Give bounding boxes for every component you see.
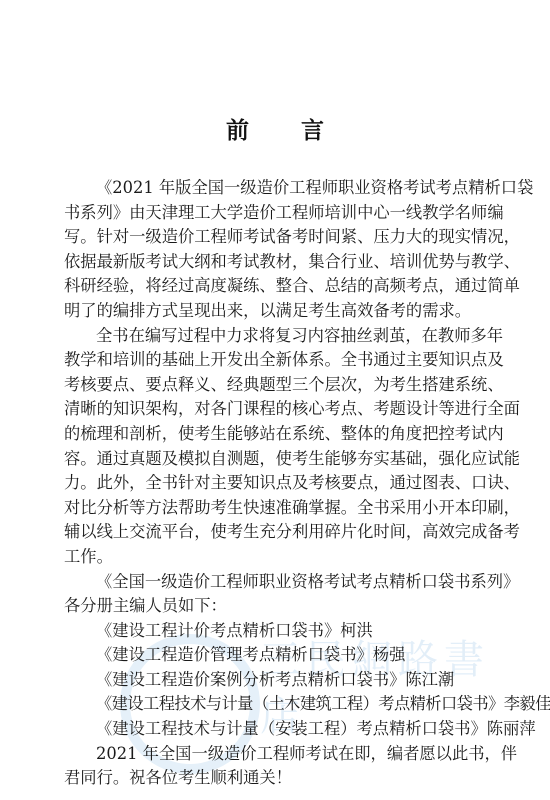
book-title: 《建设工程造价案例分析考点精析口袋书》 <box>96 670 405 689</box>
editor-name: 杨强 <box>373 645 406 664</box>
text-line: 教学和培训的基础上开发出全新体系。全书通过主要知识点及 <box>64 348 498 373</box>
title-char-2: 言 <box>301 112 324 145</box>
editor-name: 柯洪 <box>340 621 373 640</box>
book-title: 《建设工程技术与计量（安装工程）考点精析口袋书》 <box>96 719 487 738</box>
text-line: 写。针对一级造价工程师考试备考时间紧、压力大的现实情况， <box>64 225 498 250</box>
text-line: 《2021 年版全国一级造价工程师职业资格考试考点精析口袋 <box>64 176 498 201</box>
text-line: 《全国一级造价工程师职业资格考试考点精析口袋书系列》 <box>64 570 498 595</box>
paragraph-content: 全书在编写过程中力求将复习内容抽丝剥茧，在教师多年 教学和培训的基础上开发出全新… <box>64 324 498 570</box>
paragraph-series: 《全国一级造价工程师职业资格考试考点精析口袋书系列》 各分册主编人员如下： <box>64 570 498 619</box>
text-line: 书系列》由天津理工大学造价工程师培训中心一线教学名师编 <box>64 201 498 226</box>
text-line: 明了的编排方式呈现出来，以满足考生高效备考的需求。 <box>64 299 498 324</box>
editor-item: 《建设工程造价案例分析考点精析口袋书》陈江潮 <box>64 668 498 693</box>
text-line: 科研经验，将经过高度凝练、整合、总结的高频考点，通过简单 <box>64 274 498 299</box>
book-title: 《建设工程造价管理考点精析口袋书》 <box>96 645 373 664</box>
text-line: 力。此外，全书针对主要知识点及考核要点，通过图表、口诀、 <box>64 471 498 496</box>
text-line: 君同行。祝各位考生顺利通关！ <box>64 766 498 791</box>
text-line: 清晰的知识架构，对各门课程的核心考点、考题设计等进行全面 <box>64 397 498 422</box>
editor-item: 《建设工程造价管理考点精析口袋书》杨强 <box>64 643 498 668</box>
editor-name: 李毅佳 <box>504 694 550 713</box>
editor-name: 陈江潮 <box>405 670 454 689</box>
editor-item: 《建设工程计价考点精析口袋书》柯洪 <box>64 619 498 644</box>
text-line: 工作。 <box>64 545 498 570</box>
title-char-1: 前 <box>226 112 249 145</box>
editor-item: 《建设工程技术与计量（安装工程）考点精析口袋书》陈丽萍 <box>64 717 498 742</box>
book-title: 《建设工程技术与计量（土木建筑工程）考点精析口袋书》 <box>96 694 504 713</box>
text-line: 容。通过真题及模拟自测题，使考生能够夯实基础，强化应试能 <box>64 447 498 472</box>
editor-list: 《建设工程计价考点精析口袋书》柯洪 《建设工程造价管理考点精析口袋书》杨强 《建… <box>64 619 498 742</box>
paragraph-closing: 2021 年全国一级造价工程师考试在即，编者愿以此书，伴 君同行。祝各位考生顺利… <box>64 742 498 791</box>
editor-item: 《建设工程技术与计量（土木建筑工程）考点精析口袋书》李毅佳 <box>64 692 498 717</box>
preface-body: 《2021 年版全国一级造价工程师职业资格考试考点精析口袋 书系列》由天津理工大… <box>64 176 498 791</box>
document-page: 前言 三民網路書店 《2021 年版全国一级造价工程师职业资格考试考点精析口袋 … <box>0 0 550 800</box>
text-line: 全书在编写过程中力求将复习内容抽丝剥茧，在教师多年 <box>64 324 498 349</box>
text-line: 的梳理和剖析，使考生能够站在系统、整体的角度把控考试内 <box>64 422 498 447</box>
book-title: 《建设工程计价考点精析口袋书》 <box>96 621 340 640</box>
paragraph-intro: 《2021 年版全国一级造价工程师职业资格考试考点精析口袋 书系列》由天津理工大… <box>64 176 498 324</box>
editor-name: 陈丽萍 <box>487 719 536 738</box>
text-line: 对比分析等方法帮助考生快速准确掌握。全书采用小开本印刷， <box>64 496 498 521</box>
text-line: 各分册主编人员如下： <box>64 594 498 619</box>
text-line: 辅以线上交流平台，使考生充分利用碎片化时间，高效完成备考 <box>64 520 498 545</box>
text-line: 考核要点、要点释义、经典题型三个层次，为考生搭建系统、 <box>64 373 498 398</box>
text-line: 依据最新版考试大纲和考试教材，集合行业、培训优势与教学、 <box>64 250 498 275</box>
text-line: 2021 年全国一级造价工程师考试在即，编者愿以此书，伴 <box>64 742 498 767</box>
page-title: 前言 <box>0 112 550 145</box>
